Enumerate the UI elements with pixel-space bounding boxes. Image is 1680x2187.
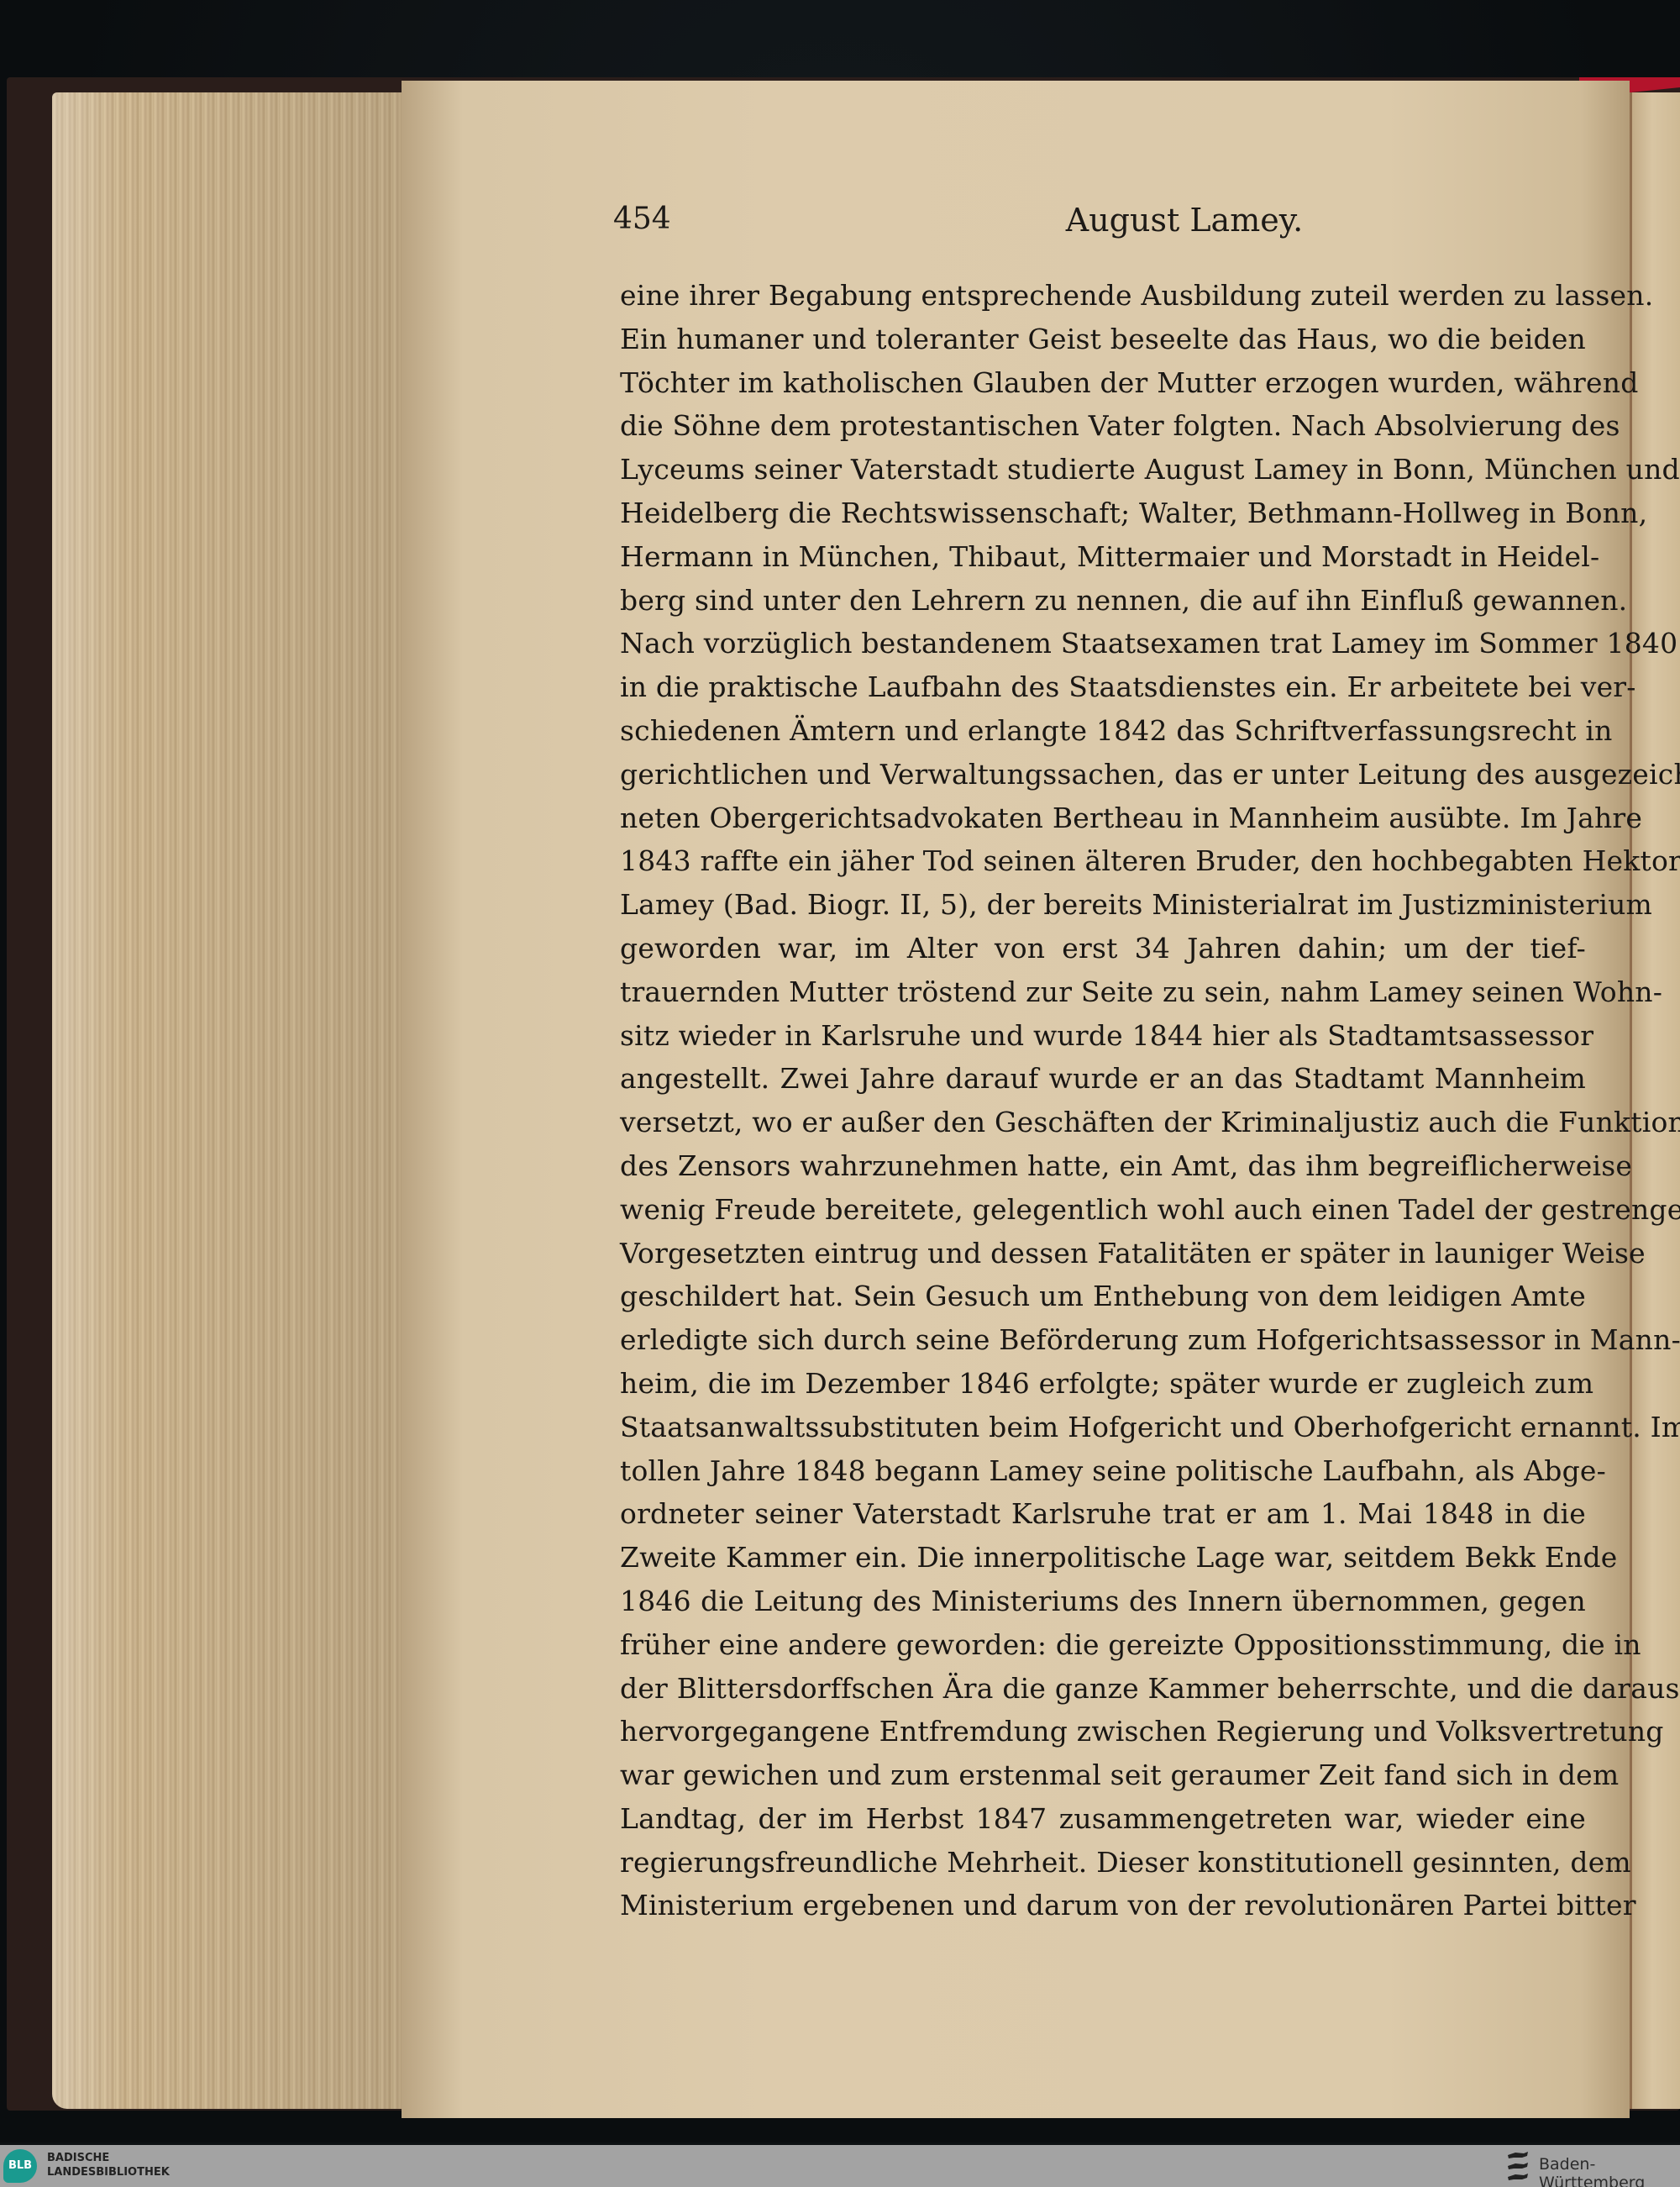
text-line: ordneter seiner Vaterstadt Karlsruhe tra…: [620, 1492, 1586, 1536]
text-line: die Söhne dem protestantischen Vater fol…: [620, 404, 1586, 448]
library-name[interactable]: BADISCHE LANDESBIBLIOTHEK: [47, 2151, 170, 2179]
text-line: neten Obergerichtsadvokaten Bertheau in …: [620, 796, 1586, 840]
text-line: Landtag, der im Herbst 1847 zusammengetr…: [620, 1797, 1586, 1841]
running-head: 454 August Lamey.: [613, 202, 1630, 252]
text-line: in die praktische Laufbahn des Staatsdie…: [620, 665, 1586, 709]
text-line: geschildert hat. Sein Gesuch um Enthebun…: [620, 1275, 1586, 1318]
text-line: der Blittersdorffschen Ära die ganze Kam…: [620, 1667, 1586, 1711]
text-line: sitz wieder in Karlsruhe und wurde 1844 …: [620, 1014, 1586, 1058]
text-line: hervorgegangene Entfremdung zwischen Reg…: [620, 1710, 1586, 1753]
text-line: angestellt. Zwei Jahre darauf wurde er a…: [620, 1057, 1586, 1101]
text-line: versetzt, wo er außer den Geschäften der…: [620, 1101, 1586, 1144]
text-line: schiedenen Ämtern und erlangte 1842 das …: [620, 709, 1586, 753]
blb-logo-icon[interactable]: BLB: [3, 2149, 37, 2183]
page-edges-shading: [52, 92, 405, 2109]
three-lions-coat-of-arms-icon: [1505, 2150, 1530, 2184]
text-line: früher eine andere geworden: die gereizt…: [620, 1623, 1586, 1667]
text-line: Nach vorzüglich bestandenem Staatsexamen…: [620, 622, 1586, 665]
text-line: trauernden Mutter tröstend zur Seite zu …: [620, 970, 1586, 1014]
text-line: Ein humaner und toleranter Geist beseelt…: [620, 318, 1586, 361]
text-line: Lyceums seiner Vaterstadt studierte Augu…: [620, 448, 1586, 492]
text-line: Ministerium ergebenen und darum von der …: [620, 1884, 1586, 1927]
text-line: Lamey (Bad. Biogr. II, 5), der bereits M…: [620, 883, 1586, 927]
text-line: war gewichen und zum erstenmal seit gera…: [620, 1753, 1586, 1797]
text-line: des Zensors wahrzunehmen hatte, ein Amt,…: [620, 1144, 1586, 1188]
text-line: Hermann in München, Thibaut, Mittermaier…: [620, 535, 1586, 579]
state-name[interactable]: Baden-Württemberg: [1539, 2155, 1680, 2187]
text-line: 1843 raffte ein jäher Tod seinen älteren…: [620, 839, 1586, 883]
text-line: 1846 die Leitung des Ministeriums des In…: [620, 1580, 1586, 1623]
body-text: eine ihrer Begabung entsprechende Ausbil…: [620, 274, 1586, 1927]
text-line: Zweite Kammer ein. Die innerpolitische L…: [620, 1536, 1586, 1580]
text-line: gerichtlichen und Verwaltungssachen, das…: [620, 753, 1586, 796]
text-line: tollen Jahre 1848 begann Lamey seine pol…: [620, 1449, 1586, 1493]
library-name-line1: BADISCHE: [47, 2151, 170, 2165]
text-line: heim, die im Dezember 1846 erfolgte; spä…: [620, 1362, 1586, 1406]
footer-bar: BLB BADISCHE LANDESBIBLIOTHEK Baden-Würt…: [0, 2145, 1680, 2187]
text-line: geworden war, im Alter von erst 34 Jahre…: [620, 927, 1586, 970]
text-line: erledigte sich durch seine Beförderung z…: [620, 1318, 1586, 1362]
text-line: Vorgesetzten eintrug und dessen Fatalitä…: [620, 1232, 1586, 1275]
running-title: August Lamey.: [613, 202, 1630, 239]
library-name-line2: LANDESBIBLIOTHEK: [47, 2165, 170, 2179]
text-line: berg sind unter den Lehrern zu nennen, d…: [620, 579, 1586, 623]
text-line: eine ihrer Begabung entsprechende Ausbil…: [620, 274, 1586, 318]
text-line: wenig Freude bereitete, gelegentlich woh…: [620, 1188, 1586, 1232]
text-line: Staatsanwaltssubstituten beim Hofgericht…: [620, 1406, 1586, 1449]
text-line: Töchter im katholischen Glauben der Mutt…: [620, 361, 1586, 405]
text-line: Heidelberg die Rechtswissenschaft; Walte…: [620, 492, 1586, 535]
text-line: regierungsfreundliche Mehrheit. Dieser k…: [620, 1841, 1586, 1885]
